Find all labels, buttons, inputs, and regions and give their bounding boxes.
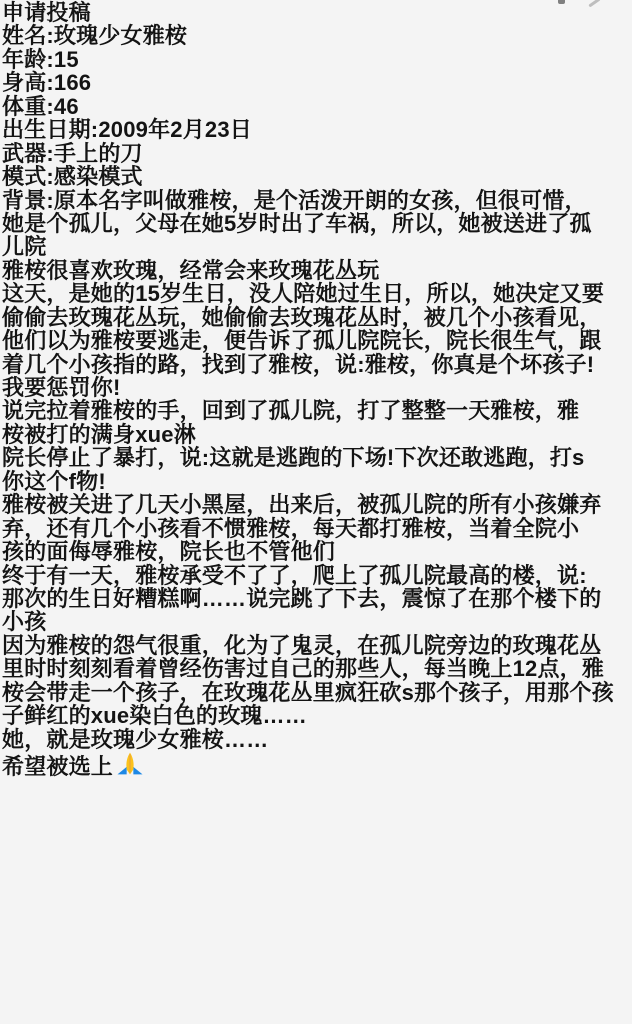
- field-birthdate: 出生日期:2009年2月23日: [2, 118, 632, 141]
- story-line: 说完拉着雅桉的手，回到了孤儿院，打了整整一天雅桉，雅: [2, 399, 632, 422]
- story-line: 孩的面侮辱雅桉，院长也不管他们: [2, 540, 632, 563]
- story-line: 你这个f物!: [2, 470, 632, 493]
- field-weapon: 武器:手上的刀: [2, 142, 632, 165]
- story-line: 桉被打的满身xue淋: [2, 423, 632, 446]
- story-line: 这天，是她的15岁生日，没人陪她过生日，所以，她决定又要: [2, 282, 632, 305]
- story-line: 小孩: [2, 610, 632, 633]
- crop-artifact-dot: [558, 0, 565, 4]
- field-height: 身高:166: [2, 71, 632, 94]
- screenshot-page: { "colors": { "background": "#f4f4f4", "…: [0, 0, 632, 1024]
- story-line: 院长停止了暴打，说:这就是逃跑的下场!下次还敢逃跑，打s: [2, 446, 632, 469]
- story-line: 那次的生日好糟糕啊……说完跳了下去，震惊了在那个楼下的: [2, 587, 632, 610]
- story-line: 她是个孤儿，父母在她5岁时出了车祸，所以，她被送进了孤: [2, 212, 632, 235]
- story-line: 儿院: [2, 235, 632, 258]
- field-age: 年龄:15: [2, 48, 632, 71]
- story-line: 子鲜红的xue染白色的玫瑰……: [2, 704, 632, 727]
- story-line: 偷偷去玫瑰花丛玩，她偷偷去玫瑰花丛时，被几个小孩看见，: [2, 306, 632, 329]
- story-line: 背景:原本名字叫做雅桉，是个活泼开朗的女孩，但很可惜，: [2, 189, 632, 212]
- story-line: 因为雅桉的怨气很重，化为了鬼灵，在孤儿院旁边的玫瑰花丛: [2, 634, 632, 657]
- story-line: 雅桉很喜欢玫瑰，经常会来玫瑰花丛玩: [2, 259, 632, 282]
- story-line: 里时时刻刻看着曾经伤害过自己的那些人，每当晚上12点，雅: [2, 657, 632, 680]
- story-line: 着几个小孩指的路，找到了雅桉，说:雅桉，你真是个坏孩子!: [2, 353, 632, 376]
- field-weight: 体重:46: [2, 95, 632, 118]
- story-line: 她，就是玫瑰少女雅桉……: [2, 728, 632, 751]
- story-line: 他们以为雅桉要逃走，便告诉了孤儿院院长，院长很生气，跟: [2, 329, 632, 352]
- story-line: 弃，还有几个小孩看不惯雅桉，每天都打雅桉，当着全院小: [2, 517, 632, 540]
- closing-text: 希望被选上: [2, 754, 113, 779]
- field-name: 姓名:玫瑰少女雅桉: [2, 24, 632, 47]
- story-line: 我要惩罚你!: [2, 376, 632, 399]
- story-line: 终于有一天，雅桉承受不了了，爬上了孤儿院最高的楼，说:: [2, 564, 632, 587]
- story-line: 桉会带走一个孩子，在玫瑰花丛里疯狂砍s那个孩子，用那个孩: [2, 681, 632, 704]
- post-title: 申请投稿: [2, 1, 632, 24]
- submission-post: 申请投稿 姓名:玫瑰少女雅桉 年龄:15 身高:166 体重:46 出生日期:2…: [2, 1, 632, 774]
- closing-line: 希望被选上: [2, 751, 632, 774]
- story-line: 雅桉被关进了几天小黑屋，出来后，被孤儿院的所有小孩嫌弃: [2, 493, 632, 516]
- folded-hands-emoji-icon: [114, 751, 146, 781]
- field-mode: 模式:感染模式: [2, 165, 632, 188]
